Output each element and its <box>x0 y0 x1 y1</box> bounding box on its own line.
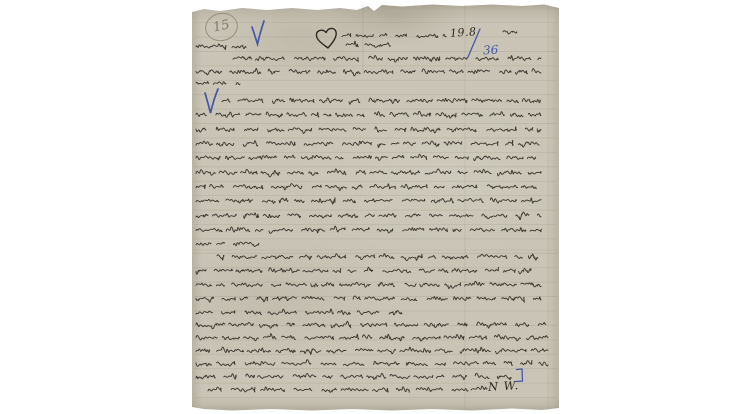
letter-date: 19.8 <box>450 25 477 40</box>
letter-paper <box>192 4 559 411</box>
scanned-letter-page: 15 19.8 36 N W. <box>0 0 733 414</box>
blue-sheet-number: 36 <box>483 43 499 58</box>
signature-initials: N W. <box>488 378 520 394</box>
